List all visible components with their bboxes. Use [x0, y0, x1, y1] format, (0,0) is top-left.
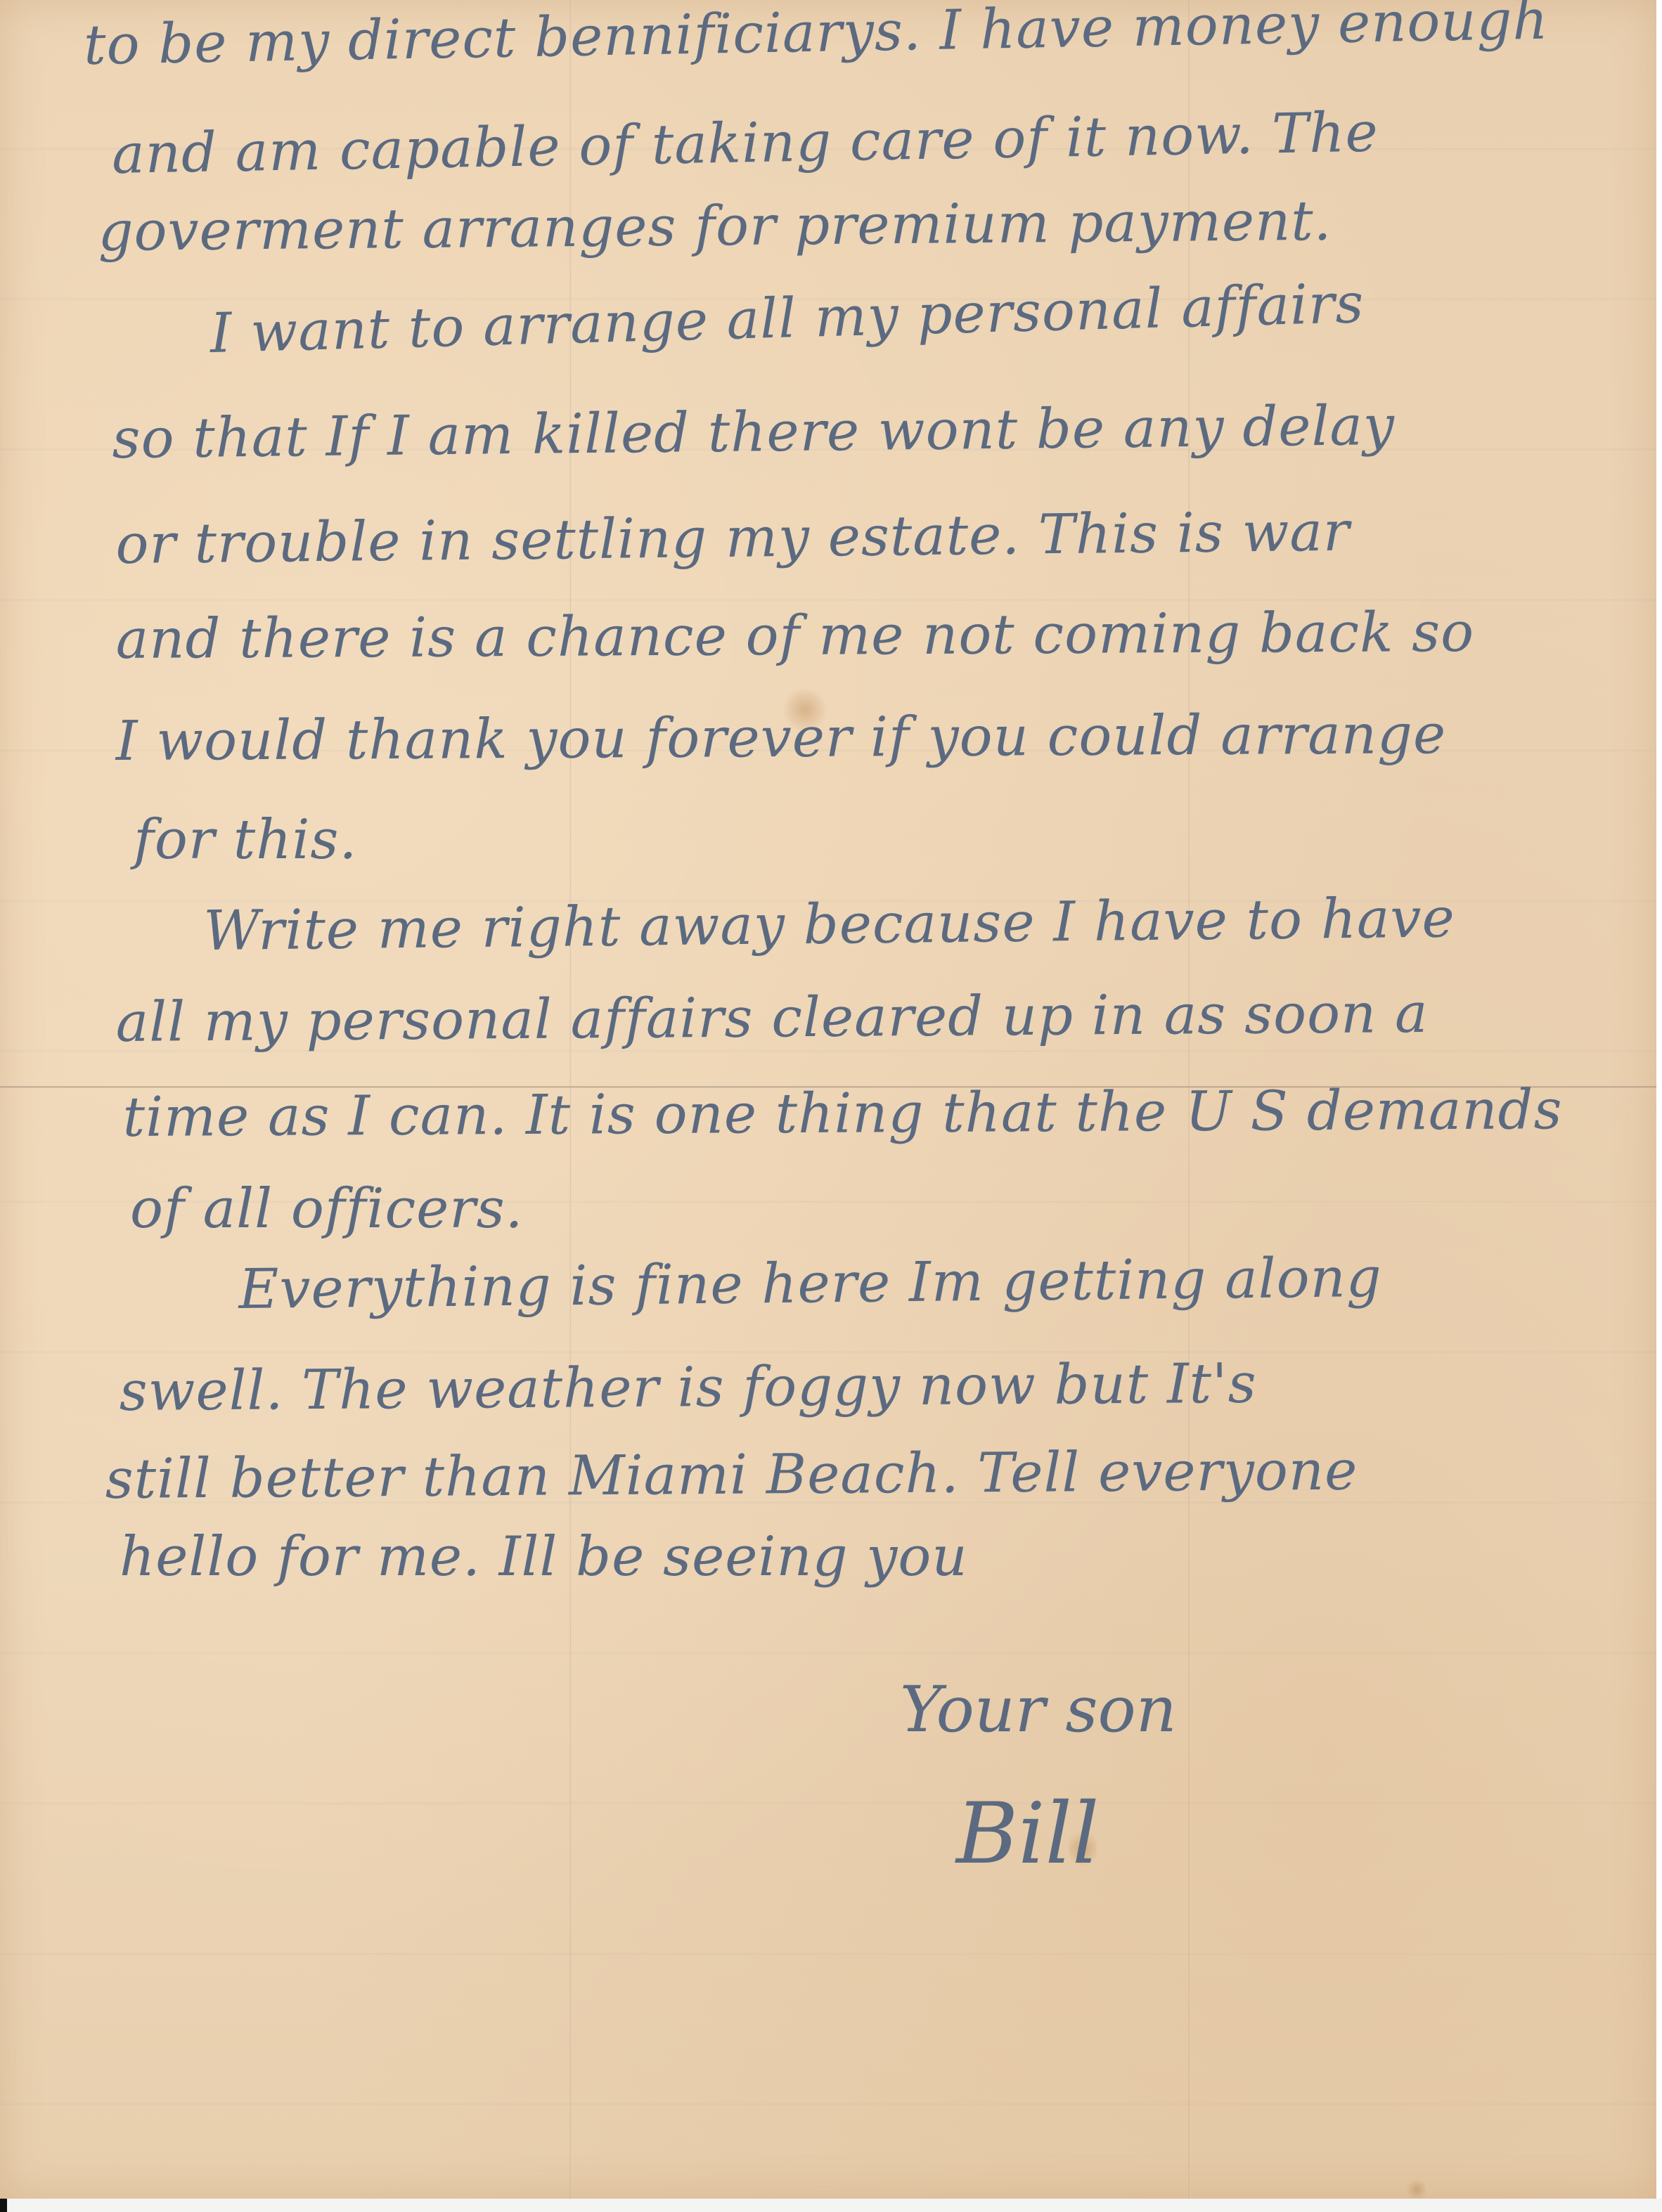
letter-line: for this.: [134, 808, 357, 872]
signature: Bill: [956, 1785, 1099, 1883]
letter-line: I want to arrange all my personal affair…: [210, 272, 1365, 366]
letter-line: of all officers.: [130, 1177, 523, 1241]
letter-line: Write me right away because I have to ha…: [203, 886, 1455, 963]
letter-line: goverment arranges for premium payment.: [98, 190, 1332, 264]
letter-line: Everything is fine here Im getting along: [238, 1246, 1382, 1321]
letter-line: still better than Miami Beach. Tell ever…: [105, 1440, 1358, 1511]
letter-line: so that If I am killed there wont be any…: [112, 394, 1395, 471]
letter-paper: to be my direct bennificiarys. I have mo…: [0, 0, 1656, 2199]
letter-closing: Your son: [900, 1673, 1177, 1747]
scan-border-corner: [0, 2199, 7, 2212]
letter-line: to be my direct bennificiarys. I have mo…: [83, 0, 1549, 77]
letter-line: hello for me. Ill be seeing you: [120, 1525, 968, 1589]
scan-border: [0, 2199, 1662, 2212]
letter-line: swell. The weather is foggy now but It's: [119, 1352, 1256, 1423]
paper-stain: [1406, 2179, 1427, 2200]
letter-line: and there is a chance of me not coming b…: [116, 601, 1475, 671]
letter-line: time as I can. It is one thing that the …: [123, 1078, 1563, 1149]
letter-line: I would thank you forever if you could a…: [116, 703, 1447, 773]
letter-line: or trouble in settling my estate. This i…: [115, 500, 1351, 576]
letter-line: all my personal affairs cleared up in as…: [115, 982, 1428, 1054]
